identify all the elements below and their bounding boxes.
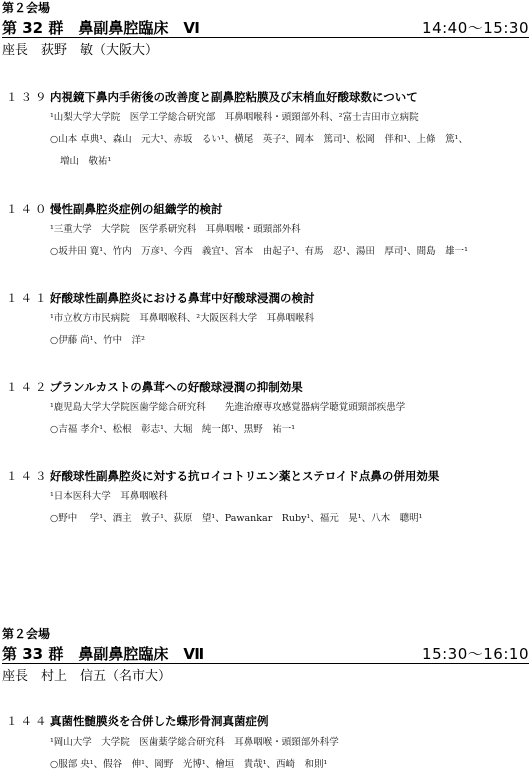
session-chair: 座長 村上 信五（名市大） xyxy=(2,669,171,684)
presentation-affiliation: ¹山梨大学大学院 医学工学総合研究部 耳鼻咽喉科・頭頸部外科、²富士吉田市立病院 xyxy=(50,112,419,124)
presentation-title-text: 好酸球性副鼻腔炎に対する抗ロイコトリエン薬とステロイド点鼻の併用効果 xyxy=(50,469,439,483)
presentation-title: １４０.慢性副鼻腔炎症例の組織学的検討 xyxy=(6,202,223,216)
presentation-authors: ○坂井田 寛¹、竹内 万彦¹、今西 義宜¹、宮本 由起子¹、有馬 忍¹、湯田 厚… xyxy=(50,246,468,258)
presentation-number: １３９. xyxy=(6,90,50,104)
presentation-number: １４１. xyxy=(6,291,50,305)
presentation-number: １４０. xyxy=(6,202,50,216)
presentation-title: １４３.好酸球性副鼻腔炎に対する抗ロイコトリエン薬とステロイド点鼻の併用効果 xyxy=(6,469,439,483)
session-time: 14:40〜15:30 xyxy=(422,19,529,37)
presentation-number: １４４. xyxy=(6,714,50,728)
presentation-title: １４１.好酸球性副鼻腔炎における鼻茸中好酸球浸潤の検討 xyxy=(6,291,315,305)
session-title: 第 33 群 鼻副鼻腔臨床 Ⅶ xyxy=(2,645,204,663)
presentation-number: １４２. xyxy=(6,380,50,394)
presentation-affiliation: ¹鹿児島大学大学院医歯学総合研究科 先進治療専攻感覚器病学聴覚頭頸部疾患学 xyxy=(50,402,405,414)
presentation-authors-continued: 増山 敬祐¹ xyxy=(60,156,111,168)
presentation-title-text: 慢性副鼻腔炎症例の組織学的検討 xyxy=(50,202,223,216)
presentation-title: １４４.真菌性髄膜炎を合併した蝶形骨洞真菌症例 xyxy=(6,714,269,728)
session-chair: 座長 荻野 敏（大阪大） xyxy=(2,43,158,58)
session-title: 第 32 群 鼻副鼻腔臨床 Ⅵ xyxy=(2,19,200,37)
presentation-title: １３９.内視鏡下鼻内手術後の改善度と副鼻腔粘膜及び末梢血好酸球数について xyxy=(6,90,418,104)
session-header: 第 33 群 鼻副鼻腔臨床 Ⅶ 15:30〜16:10 xyxy=(2,645,529,664)
presentation-title-text: 好酸球性副鼻腔炎における鼻茸中好酸球浸潤の検討 xyxy=(50,291,315,305)
session-time: 15:30〜16:10 xyxy=(422,645,529,663)
venue-label: 第２会場 xyxy=(2,627,50,641)
presentation-affiliation: ¹岡山大学 大学院 医歯薬学総合研究科 耳鼻咽喉・頭頸部外科学 xyxy=(50,737,339,749)
presentation-number: １４３. xyxy=(6,469,50,483)
presentation-authors: ○吉福 孝介¹、松根 彰志¹、大堀 純一郎¹、黒野 祐一¹ xyxy=(50,424,295,436)
presentation-affiliation: ¹日本医科大学 耳鼻咽喉科 xyxy=(50,491,168,503)
presentation-affiliation: ¹三重大学 大学院 医学系研究科 耳鼻咽喉・頭頸部外科 xyxy=(50,224,301,236)
venue-label: 第２会場 xyxy=(2,1,50,15)
presentation-affiliation: ¹市立枚方市民病院 耳鼻咽喉科、²大阪医科大学 耳鼻咽喉科 xyxy=(50,313,314,325)
presentation-title-text: 内視鏡下鼻内手術後の改善度と副鼻腔粘膜及び末梢血好酸球数について xyxy=(50,90,418,104)
session-header: 第 32 群 鼻副鼻腔臨床 Ⅵ 14:40〜15:30 xyxy=(2,19,529,38)
presentation-title: １４２.プランルカストの鼻茸への好酸球浸潤の抑制効果 xyxy=(6,380,303,394)
presentation-title-text: プランルカストの鼻茸への好酸球浸潤の抑制効果 xyxy=(50,380,303,394)
presentation-authors: ○伊藤 尚¹、竹中 洋² xyxy=(50,335,145,347)
presentation-title-text: 真菌性髄膜炎を合併した蝶形骨洞真菌症例 xyxy=(50,714,269,728)
presentation-authors: ○野中 学¹、酒主 敦子¹、荻原 望¹、Pawankar Ruby¹、福元 晃¹… xyxy=(50,513,422,525)
presentation-authors: ○服部 央¹、假谷 伸¹、岡野 光博¹、檜垣 貴哉¹、西崎 和則¹ xyxy=(50,759,327,771)
presentation-authors: ○山本 卓典¹、森山 元大¹、赤坂 るい¹、横尾 英子²、岡本 篤司¹、松岡 伴… xyxy=(50,134,468,146)
